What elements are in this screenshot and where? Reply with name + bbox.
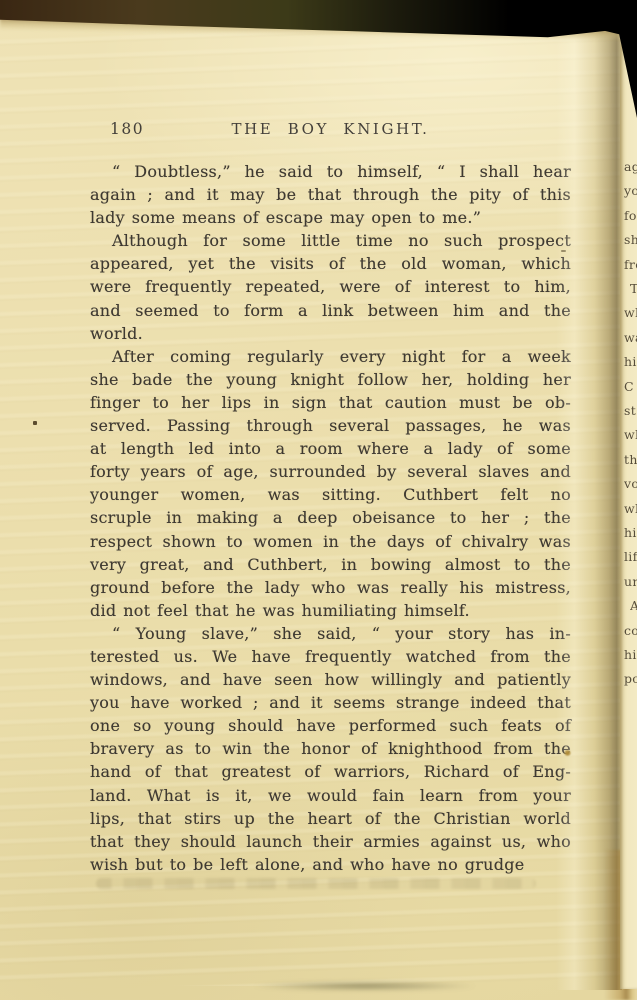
text-line: windows, and have seen how willingly and… bbox=[90, 668, 571, 691]
facing-page-text-fragment: T bbox=[630, 282, 637, 296]
facing-page-edge: agyofoshfroTwhwahidCstwhithevoywhihislif… bbox=[620, 31, 637, 989]
facing-page-text-fragment: C bbox=[624, 380, 637, 394]
facing-page-text-fragment: fro bbox=[624, 258, 637, 272]
text-line: one so young should have performed such … bbox=[90, 714, 571, 737]
text-line: land. What is it, we would fain learn fr… bbox=[90, 784, 571, 807]
text-line: served. Passing through several passages… bbox=[90, 414, 571, 437]
text-line: After coming regularly every night for a… bbox=[90, 345, 571, 368]
facing-page-text-fragment: st bbox=[624, 404, 637, 418]
text-line: terested us. We have frequently watched … bbox=[90, 645, 571, 668]
text-line: world. bbox=[90, 322, 571, 345]
running-header: THE BOY KNIGHT. bbox=[90, 120, 571, 138]
facing-page-text-fragment: pow bbox=[624, 672, 637, 686]
text-line: at length led into a room where a lady o… bbox=[90, 437, 571, 460]
text-line: “ Young slave,” she said, “ your story h… bbox=[90, 622, 571, 645]
text-line: Although for some little time no such pr… bbox=[90, 229, 571, 252]
facing-page-text-fragment: wh bbox=[624, 306, 637, 320]
text-line: bravery as to win the honor of knighthoo… bbox=[90, 737, 571, 760]
facing-page-text-fragment: sh bbox=[624, 233, 637, 247]
text-line: lips, that stirs up the heart of the Chr… bbox=[90, 807, 571, 830]
text-line: again ; and it may be that through the p… bbox=[90, 183, 571, 206]
foxing-spot bbox=[564, 750, 571, 756]
text-line: and seemed to form a link between him an… bbox=[90, 299, 571, 322]
text-line: she bade the young knight follow her, ho… bbox=[90, 368, 571, 391]
text-line: appeared, yet the visits of the old woma… bbox=[90, 252, 571, 275]
ink-show-through bbox=[96, 878, 536, 889]
text-line: that they should launch their armies aga… bbox=[90, 830, 571, 853]
text-line: wish but to be left alone, and who have … bbox=[90, 853, 571, 876]
page-header: 180 THE BOY KNIGHT. bbox=[90, 120, 571, 140]
text-line: younger women, was sitting. Cuthbert fel… bbox=[90, 483, 571, 506]
text-line: ground before the lady who was really hi… bbox=[90, 576, 571, 599]
text-line: “ Doubtless,” he said to himself, “ I sh… bbox=[90, 160, 571, 183]
facing-page-text-fragment: hid bbox=[624, 355, 637, 369]
facing-page-text-fragment: unk bbox=[624, 575, 637, 589]
facing-page-text-fragment: yo bbox=[624, 184, 637, 198]
text-line: did not feel that he was humiliating him… bbox=[90, 599, 571, 622]
facing-page-text-fragment: voy bbox=[624, 477, 637, 491]
text-line: hand of that greatest of warriors, Richa… bbox=[90, 760, 571, 783]
page-gutter-shadow bbox=[556, 30, 622, 990]
book-scan: agyofoshfroTwhwahidCstwhithevoywhihislif… bbox=[0, 0, 637, 1000]
text-line: you have worked ; and it seems strange i… bbox=[90, 691, 571, 714]
facing-page-text-fragment: life bbox=[624, 550, 637, 564]
facing-page-text-fragment: whi bbox=[624, 428, 637, 442]
facing-page-text-fragment: fo bbox=[624, 209, 637, 223]
facing-page-text-fragment: him bbox=[624, 648, 637, 662]
text-line: very great, and Cuthbert, in bowing almo… bbox=[90, 553, 571, 576]
facing-page-text-fragment: ag bbox=[624, 160, 637, 174]
facing-page-text-fragment: the bbox=[624, 453, 637, 467]
facing-page-text-fragment: whi bbox=[624, 502, 637, 516]
page-text: “ Doubtless,” he said to himself, “ I sh… bbox=[90, 160, 571, 876]
text-line: lady some means of escape may open to me… bbox=[90, 206, 571, 229]
text-line: were frequently repeated, were of intere… bbox=[90, 275, 571, 298]
text-line: finger to her lips in sign that caution … bbox=[90, 391, 571, 414]
facing-page-text-fragment: his bbox=[624, 526, 637, 540]
facing-page-text-fragment: A bbox=[630, 599, 637, 613]
facing-page-text-fragment: wa bbox=[624, 331, 637, 345]
facing-page-text-fragment: con bbox=[624, 624, 637, 638]
text-line: respect shown to women in the days of ch… bbox=[90, 530, 571, 553]
paper-speck bbox=[33, 421, 37, 425]
text-line: forty years of age, surrounded by severa… bbox=[90, 460, 571, 483]
text-line: scruple in making a deep obeisance to he… bbox=[90, 506, 571, 529]
